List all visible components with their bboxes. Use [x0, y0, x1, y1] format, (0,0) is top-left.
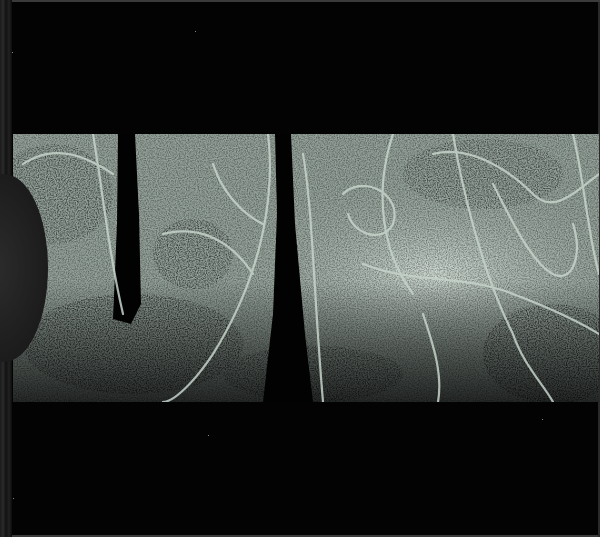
dust-speck — [12, 52, 13, 53]
dust-speck — [208, 435, 209, 436]
dust-speck — [13, 498, 14, 499]
artwork-band — [13, 134, 599, 402]
dust-speck — [542, 419, 543, 420]
album-cover — [0, 0, 600, 537]
chalk-drawing — [13, 134, 599, 402]
spine-edge — [0, 0, 12, 537]
dust-speck — [195, 31, 196, 32]
